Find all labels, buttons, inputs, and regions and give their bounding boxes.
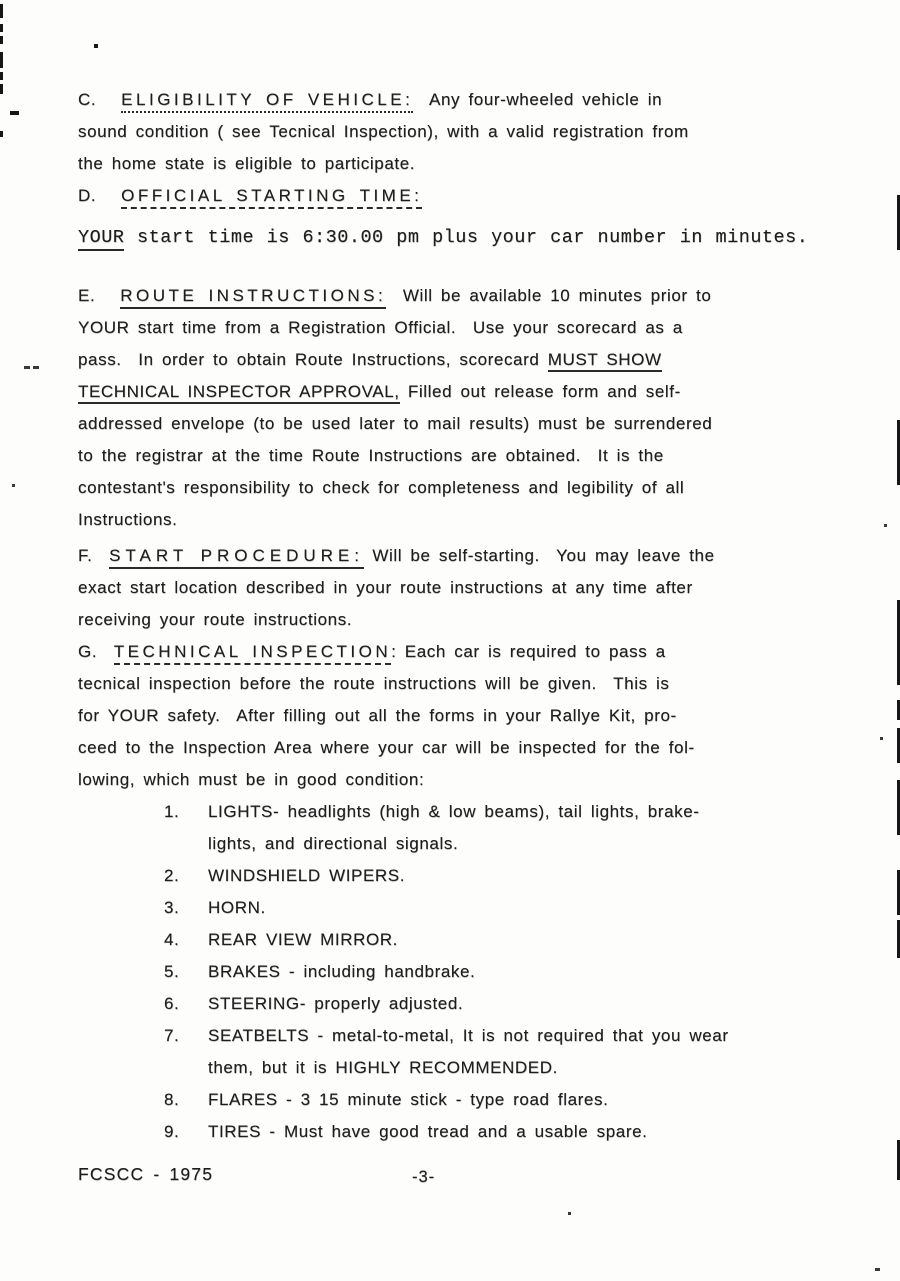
section-e-heading-line: E. ROUTE INSTRUCTIONS: Will be available… [78,284,870,316]
text-run: LIGHTS- headlights (high & low beams), t… [208,802,700,821]
text-line: YOUR start time from a Registration Offi… [78,316,870,348]
text-run: STEERING- properly adjusted. [208,994,463,1013]
scan-dash [10,111,19,115]
section-heading-text: ELIGIBILITY OF VEHICLE: [121,90,413,113]
scan-edge-mark [0,4,3,18]
text-run: 7. [164,1024,208,1048]
text-run: 3. [164,896,208,920]
text-run: 5. [164,960,208,984]
text-run: the home state is eligible to participat… [78,154,415,173]
text-line: for YOUR safety. After filling out all t… [78,704,870,736]
text-line: them, but it is HIGHLY RECOMMENDED. [78,1056,870,1088]
text-line: lights, and directional signals. [78,832,870,864]
text-run: E. [78,286,120,305]
scan-speck [24,366,30,369]
text-run: them, but it is HIGHLY RECOMMENDED. [208,1058,558,1077]
text-run: TECHNICAL INSPECTOR APPROVAL, [78,382,400,404]
text-run: 6. [164,992,208,1016]
text-line: addressed envelope (to be used later to … [78,412,870,444]
text-line: lowing, which must be in good condition: [78,768,870,800]
scan-edge-mark [0,72,3,80]
text-line [78,258,870,284]
text-run: pass. In order to obtain Route Instructi… [78,350,548,369]
text-run: G. [78,642,114,661]
footer-page-number: -3- [412,1168,435,1187]
scan-edge-mark [0,131,3,137]
text-run: Will be available 10 minutes prior to [386,286,711,305]
text-line: exact start location described in your r… [78,576,870,608]
text-line: the home state is eligible to participat… [78,152,870,184]
text-run: BRAKES - including handbrake. [208,962,475,981]
inspection-item-9: 9.TIRES - Must have good tread and a usa… [78,1120,870,1152]
inspection-item-2: 2.WINDSHIELD WIPERS. [78,864,870,896]
text-run: Filled out release form and self- [400,382,681,401]
text-run: to the registrar at the time Route Instr… [78,446,664,465]
text-run: F. [78,546,109,565]
inspection-item-3: 3.HORN. [78,896,870,928]
text-run: Instructions. [78,510,177,529]
text-run: HORN. [208,898,266,917]
inspection-item-4: 4.REAR VIEW MIRROR. [78,928,870,960]
text-line: ceed to the Inspection Area where your c… [78,736,870,768]
text-line: contestant's responsibility to check for… [78,476,870,508]
text-line: receiving your route instructions. [78,608,870,640]
inspection-item-8: 8.FLARES - 3 15 minute stick - type road… [78,1088,870,1120]
scan-speck [568,1212,571,1215]
text-run: 4. [164,928,208,952]
text-run: MUST SHOW [548,350,662,372]
text-run: lights, and directional signals. [208,834,458,853]
inspection-item-1: 1.LIGHTS- headlights (high & low beams),… [78,800,870,832]
text-run: D. [78,186,121,205]
section-d-heading-line: D. OFFICIAL STARTING TIME: [78,184,870,216]
text-run: for YOUR safety. After filling out all t… [78,706,677,725]
text-run: YOUR start time from a Registration Offi… [78,318,683,337]
text-run: TIRES - Must have good tread and a usabl… [208,1122,647,1141]
scanned-document-page: C. ELIGIBILITY OF VEHICLE: Any four-whee… [0,0,900,1281]
text-run: start time is 6:30.00 pm plus your car n… [124,227,808,248]
text-run: ceed to the Inspection Area where your c… [78,738,695,757]
text-line: tecnical inspection before the route ins… [78,672,870,704]
text-run: REAR VIEW MIRROR. [208,930,398,949]
text-run: lowing, which must be in good condition: [78,770,424,789]
section-heading-text: START PROCEDURE: [109,546,364,569]
section-heading-text: TECHNICAL INSPECTION [114,642,391,665]
text-run: SEATBELTS - metal-to-metal, It is not re… [208,1026,729,1045]
scan-speck [875,1268,880,1271]
text-run: 2. [164,864,208,888]
section-c-heading-line: C. ELIGIBILITY OF VEHICLE: Any four-whee… [78,88,870,120]
scan-edge-mark [0,36,3,44]
text-run: receiving your route instructions. [78,610,352,629]
inspection-item-5: 5.BRAKES - including handbrake. [78,960,870,992]
scan-speck [884,524,887,527]
section-heading-text: OFFICIAL STARTING TIME: [121,186,422,209]
text-line: TECHNICAL INSPECTOR APPROVAL, Filled out… [78,380,870,412]
text-run: 1. [164,800,208,824]
scan-speck [33,366,39,369]
scan-speck [12,484,15,487]
text-run: WINDSHIELD WIPERS. [208,866,405,885]
section-heading-text: ROUTE INSTRUCTIONS: [120,286,386,309]
scan-edge-mark [0,24,3,32]
text-line: to the registrar at the time Route Instr… [78,444,870,476]
text-line: Instructions. [78,508,870,540]
text-line: pass. In order to obtain Route Instructi… [78,348,870,380]
text-run: addressed envelope (to be used later to … [78,414,712,433]
inspection-item-6: 6.STEERING- properly adjusted. [78,992,870,1024]
start-time-line: YOUR start time is 6:30.00 pm plus your … [78,226,870,258]
scan-edge-mark [0,84,3,94]
text-run: contestant's responsibility to check for… [78,478,684,497]
text-run: 8. [164,1088,208,1112]
text-run: FLARES - 3 15 minute stick - type road f… [208,1090,608,1109]
text-run: C. [78,90,121,109]
text-run: tecnical inspection before the route ins… [78,674,669,693]
text-line: sound condition ( see Tecnical Inspectio… [78,120,870,152]
text-run: exact start location described in your r… [78,578,693,597]
text-run: : Each car is required to pass a [391,642,666,661]
scan-speck [94,44,98,48]
inspection-item-7: 7.SEATBELTS - metal-to-metal, It is not … [78,1024,870,1056]
text-run: 9. [164,1120,208,1144]
section-g-heading-line: G. TECHNICAL INSPECTION: Each car is req… [78,640,870,672]
document-body: C. ELIGIBILITY OF VEHICLE: Any four-whee… [78,88,870,1152]
section-f-heading-line: F. START PROCEDURE: Will be self-startin… [78,544,870,576]
text-run: Will be self-starting. You may leave the [364,546,715,565]
scan-edge-mark [0,52,3,68]
scan-speck [880,737,883,740]
text-run: sound condition ( see Tecnical Inspectio… [78,122,689,141]
text-run: YOUR [78,227,124,251]
text-run: Any four-wheeled vehicle in [413,90,662,109]
footer-club-year: FCSCC - 1975 [78,1164,213,1185]
